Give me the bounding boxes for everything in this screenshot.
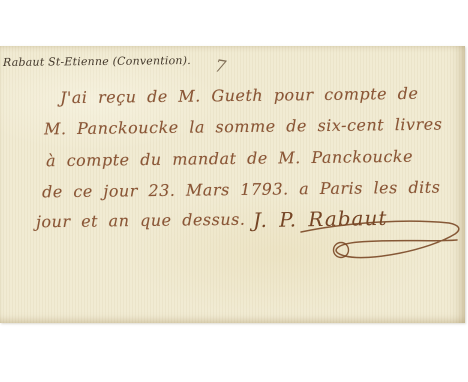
manuscript-line-5: jour et an que dessus. — [36, 210, 246, 232]
scanned-document-photo: Rabaut St-Etienne (Convention). 7 J'ai r… — [0, 0, 468, 382]
signature-paraph-flourish — [299, 216, 464, 264]
collector-annotation: Rabaut St-Etienne (Convention). — [3, 54, 191, 69]
